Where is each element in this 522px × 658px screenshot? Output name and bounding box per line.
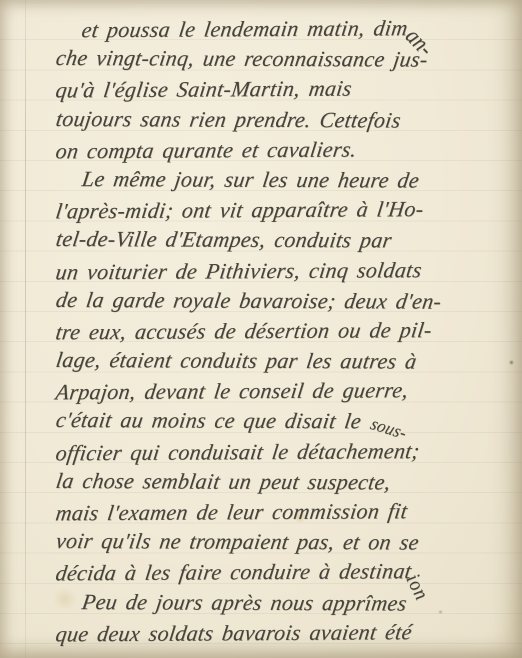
manuscript-line: qu'à l'église Saint-Martin, mais bbox=[54, 73, 516, 106]
line-text: que deux soldats bavarois avaient été bbox=[54, 619, 413, 646]
margin-fold-line bbox=[25, 0, 26, 658]
manuscript-page: et poussa le lendemain matin, diman- che… bbox=[0, 0, 522, 658]
line-text: che vingt-cinq, une reconnaissance jus- bbox=[54, 45, 429, 72]
line-text: qu'à l'église Saint-Martin, mais bbox=[54, 76, 353, 103]
line-text: l'après-midi; ont vit apparaître à l'Ho- bbox=[54, 196, 425, 223]
line-text: Arpajon, devant le conseil de guerre, bbox=[54, 377, 410, 404]
line-text: officier qui conduisait le détachement; bbox=[54, 438, 421, 465]
manuscript-line: voir qu'ils ne trompaient pas, et on se bbox=[54, 526, 516, 558]
line-text: on compta qurante et cavaliers. bbox=[54, 136, 358, 163]
manuscript-line: que deux soldats bavarois avaient été bbox=[54, 616, 516, 649]
line-text: tre eux, accusés de désertion ou de pil- bbox=[54, 317, 433, 344]
line-text: de la garde royale bavaroise; deux d'en- bbox=[54, 287, 443, 314]
line-text: décida à les faire conduire à destinat bbox=[54, 559, 413, 586]
line-text: un voiturier de Pithiviers, cinq soldats bbox=[54, 257, 423, 284]
manuscript-line: che vingt-cinq, une reconnaissance jus- bbox=[54, 43, 516, 75]
manuscript-line: tre eux, accusés de désertion ou de pil- bbox=[54, 314, 516, 347]
line-text: la chose semblait un peut suspecte, bbox=[54, 468, 392, 494]
line-text: mais l'examen de leur commission fit bbox=[54, 498, 409, 525]
line-text: voir qu'ils ne trompaient pas, et on se bbox=[54, 528, 420, 555]
manuscript-line: c'était au moins ce que disait le sous- bbox=[54, 405, 516, 437]
manuscript-line: la chose semblait un peut suspecte, bbox=[54, 466, 516, 498]
manuscript-line: on compta qurante et cavaliers. bbox=[54, 133, 516, 166]
manuscript-line: toujours sans rien prendre. Cettefois bbox=[54, 104, 516, 136]
manuscript-line: tel-de-Ville d'Etampes, conduits par bbox=[54, 224, 516, 256]
manuscript-line: mais l'examen de leur commission fit bbox=[54, 496, 516, 529]
manuscript-line: décida à les faire conduire à destinatio… bbox=[54, 556, 516, 589]
line-text: tel-de-Ville d'Etampes, conduits par bbox=[54, 226, 393, 252]
manuscript-line: et poussa le lendemain matin, diman- bbox=[54, 13, 516, 46]
line-text: Peu de jours après nous apprîmes bbox=[80, 589, 408, 615]
manuscript-line: de la garde royale bavaroise; deux d'en- bbox=[54, 285, 516, 317]
manuscript-line: lage, étaient conduits par les autres à bbox=[54, 345, 516, 377]
manuscript-line: Peu de jours après nous apprîmes bbox=[54, 587, 516, 619]
line-text: c'était au moins ce que disait le bbox=[54, 407, 371, 433]
line-text: lage, étaient conduits par les autres à bbox=[54, 347, 418, 374]
manuscript-line: Le même jour, sur les une heure de bbox=[54, 164, 516, 196]
line-text: et poussa le lendemain matin, dim bbox=[80, 15, 409, 42]
line-text: toujours sans rien prendre. Cettefois bbox=[54, 106, 402, 133]
manuscript-line: Arpajon, devant le conseil de guerre, bbox=[54, 375, 516, 408]
manuscript-line: officier qui conduisait le détachement; bbox=[54, 435, 516, 468]
manuscript-line: l'après-midi; ont vit apparaître à l'Ho- bbox=[54, 194, 516, 227]
manuscript-line: un voiturier de Pithiviers, cinq soldats bbox=[54, 254, 516, 287]
line-text: Le même jour, sur les une heure de bbox=[80, 166, 421, 192]
manuscript-text: et poussa le lendemain matin, diman- che… bbox=[56, 14, 514, 648]
